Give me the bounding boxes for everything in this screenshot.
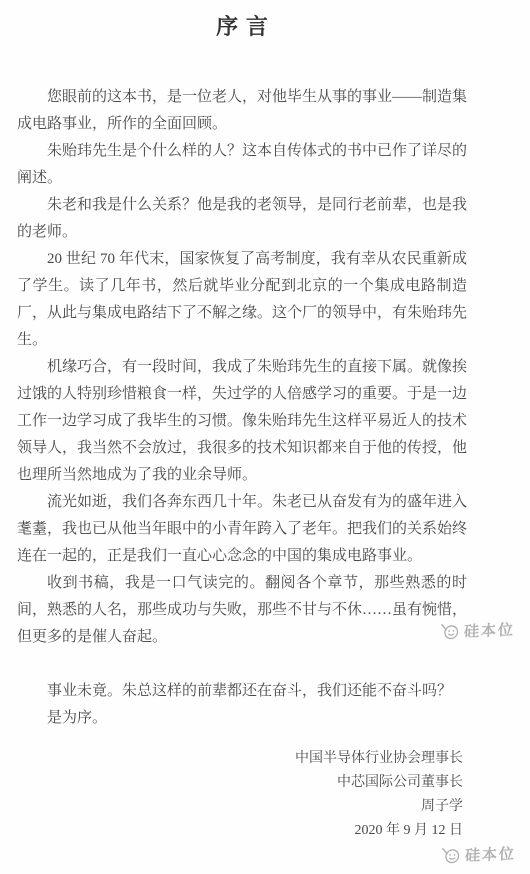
signature-org-1: 中国半导体行业协会理事长: [17, 747, 463, 771]
paragraph-1: 您眼前的这本书，是一位老人，对他毕生从事的事业——制造集成电路事业，所作的全面回…: [17, 84, 467, 138]
watermark-silicon-standard: 硅本位: [439, 619, 516, 643]
closing-block: 事业未竟。朱总这样的前辈都还在奋斗，我们还能不奋斗吗？ 是为序。: [17, 678, 467, 732]
closing-paragraph-2: 是为序。: [17, 705, 467, 732]
paragraph-2: 朱贻玮先生是个什么样的人？这本自传体式的书中已作了详尽的阐述。: [17, 138, 467, 192]
watermark-label: 硅本位: [464, 619, 516, 642]
page-title: 序言: [17, 12, 467, 42]
paragraph-7: 收到书稿，我是一口气读完的。翻阅各个章节，那些熟悉的时间，熟悉的人名，那些成功与…: [17, 570, 467, 651]
watermark-label: 硅本位: [465, 843, 517, 866]
signature-name: 周子学: [17, 795, 463, 819]
signature-org-2: 中芯国际公司董事长: [17, 771, 463, 795]
paragraph-6: 流光如逝，我们各奔东西几十年。朱老已从奋发有为的盛年进入耄耋，我也已从他当年眼中…: [17, 489, 467, 570]
watermark-silicon-standard: 硅本位: [440, 843, 517, 867]
book-page: 序言 您眼前的这本书，是一位老人，对他毕生从事的事业——制造集成电路事业，所作的…: [0, 0, 530, 874]
silicon-standard-logo-icon: [439, 621, 461, 643]
silicon-standard-logo-icon: [440, 845, 462, 867]
paragraph-4: 20 世纪 70 年代末，国家恢复了高考制度，我有幸从农民重新成了学生。读了几年…: [17, 246, 467, 354]
paragraph-5: 机缘巧合，有一段时间，我成了朱贻玮先生的直接下属。就像挨过饿的人特别珍惜粮食一样…: [17, 354, 467, 489]
page-content: 序言 您眼前的这本书，是一位老人，对他毕生从事的事业——制造集成电路事业，所作的…: [17, 12, 467, 843]
paragraph-3: 朱老和我是什么关系？他是我的老领导，是同行老前辈，也是我的老师。: [17, 192, 467, 246]
signature-block: 中国半导体行业协会理事长 中芯国际公司董事长 周子学 2020 年 9 月 12…: [17, 747, 467, 843]
closing-paragraph-1: 事业未竟。朱总这样的前辈都还在奋斗，我们还能不奋斗吗？: [17, 678, 467, 705]
signature-date: 2020 年 9 月 12 日: [17, 819, 463, 843]
